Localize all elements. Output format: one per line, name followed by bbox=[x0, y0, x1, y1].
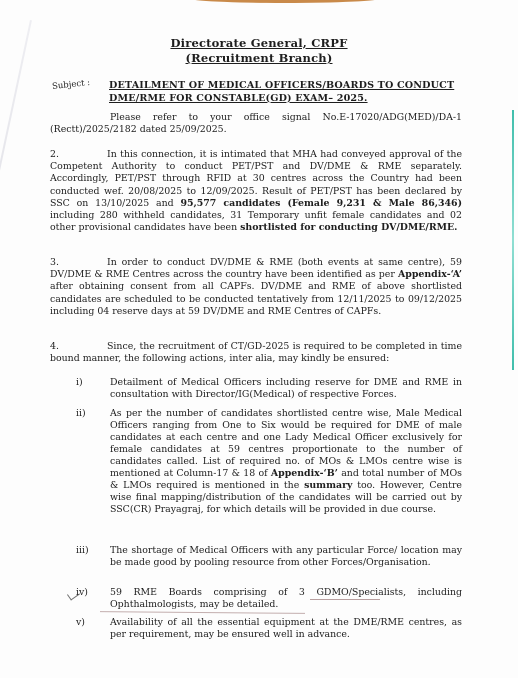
list-item: i) Detailment of Medical Officers includ… bbox=[76, 377, 462, 401]
pen-underline bbox=[310, 599, 380, 600]
subject-text: DETAILMENT OF MEDICAL OFFICERS/BOARDS TO… bbox=[109, 80, 465, 105]
paper-edge bbox=[512, 110, 514, 370]
list-item: iii) The shortage of Medical Officers wi… bbox=[76, 545, 462, 569]
paragraph-3: 3.In order to conduct DV/DME & RME (both… bbox=[50, 257, 462, 318]
background-object bbox=[190, 0, 380, 3]
paragraph-4: 4.Since, the recruitment of CT/GD-2025 i… bbox=[50, 341, 462, 365]
header-title: Directorate General, CRPF bbox=[0, 36, 518, 50]
header-subtitle: (Recruitment Branch) bbox=[0, 51, 518, 65]
pen-underline bbox=[100, 611, 305, 614]
paper-fold-line bbox=[0, 20, 32, 333]
list-item: v) Availability of all the essential equ… bbox=[76, 617, 462, 641]
paragraph-1: Please refer to your office signal No.E-… bbox=[50, 112, 462, 136]
subject-label: Subject : bbox=[52, 78, 91, 92]
paragraph-2: 2.In this connection, it is intimated th… bbox=[50, 149, 462, 234]
list-item: iv) 59 RME Boards comprising of 3 GDMO/S… bbox=[76, 587, 462, 611]
list-item: ii) As per the number of candidates shor… bbox=[76, 408, 462, 516]
